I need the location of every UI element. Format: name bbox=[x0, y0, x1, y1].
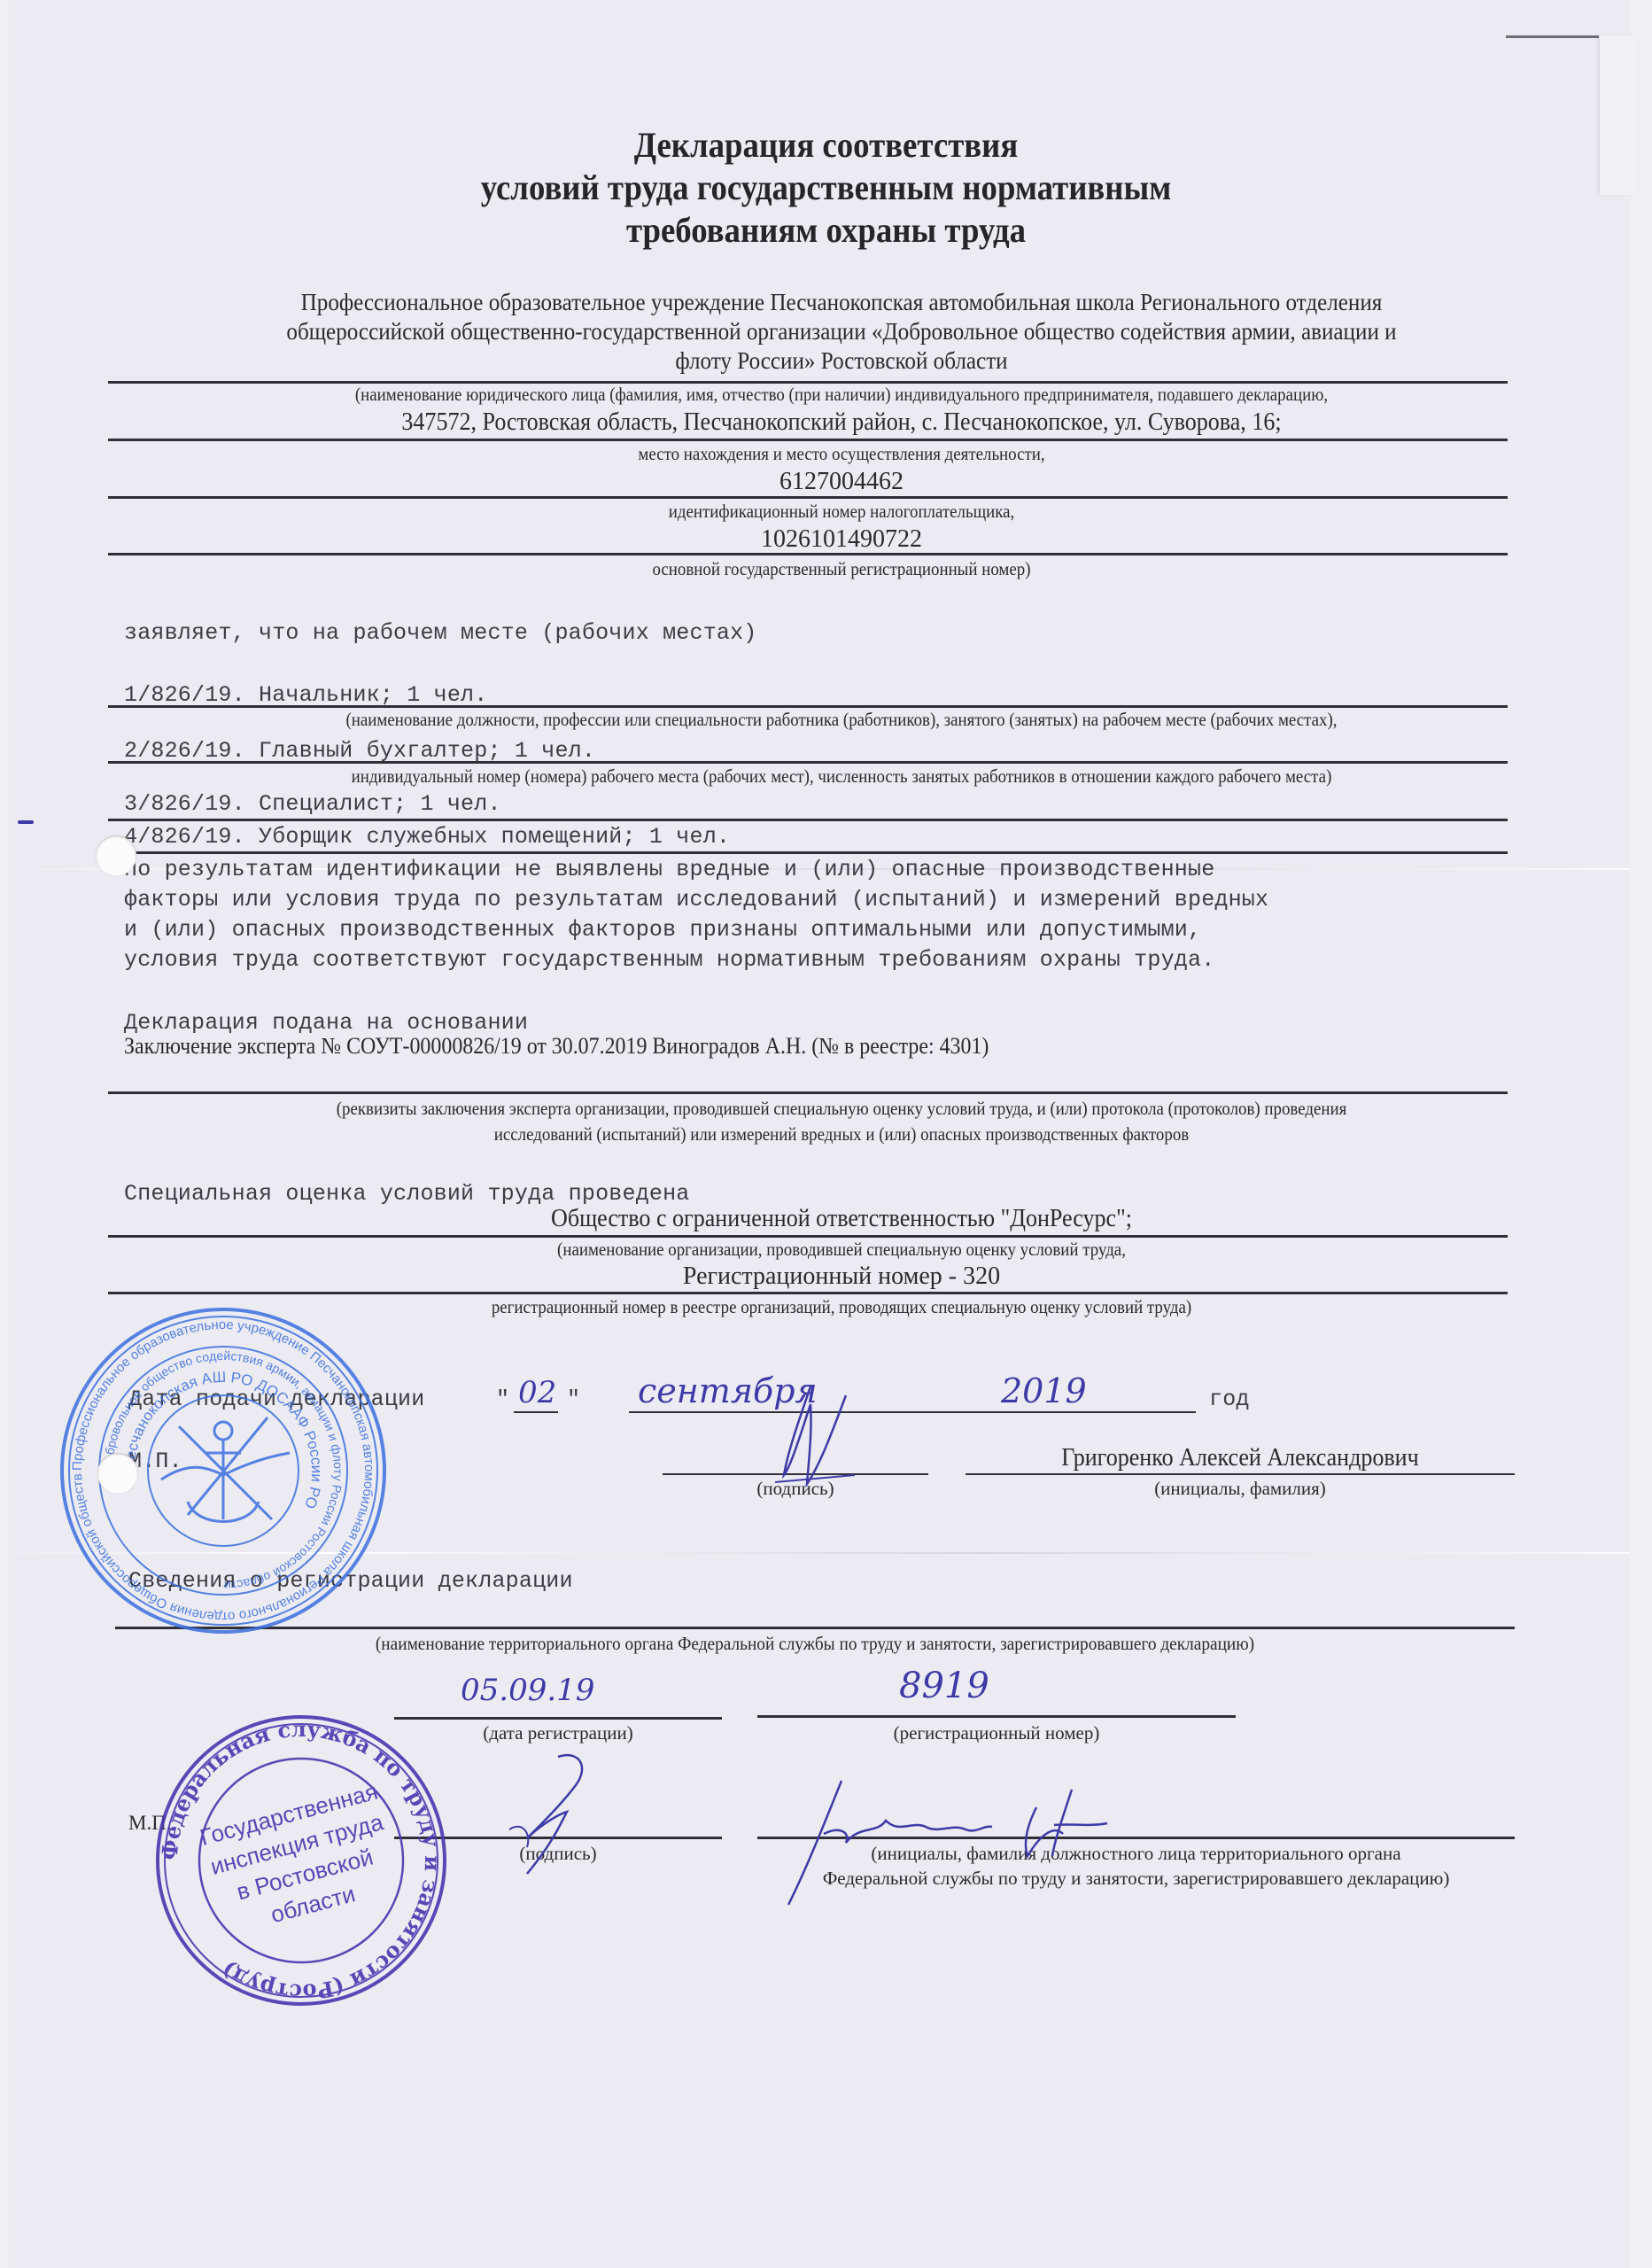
quote-close: " bbox=[567, 1386, 580, 1412]
registration-date: 05.09.19 bbox=[461, 1673, 594, 1708]
field-rule bbox=[108, 819, 1508, 821]
submission-year: 2019 bbox=[1001, 1371, 1087, 1410]
sout-label: Специальная оценка условий труда проведе… bbox=[124, 1181, 690, 1207]
sout-org-hint: (наименование организации, проводившей с… bbox=[164, 1239, 1519, 1261]
punch-hole bbox=[96, 835, 136, 876]
field-rule bbox=[514, 1411, 558, 1413]
field-rule bbox=[629, 1411, 1196, 1413]
field-rule bbox=[757, 1715, 1236, 1718]
title-line: требованиям охраны труда bbox=[66, 209, 1586, 252]
official-handwritten-name bbox=[771, 1772, 1267, 1914]
workplace-hint: (наименование должности, профессии или с… bbox=[164, 709, 1519, 731]
year-suffix: год bbox=[1209, 1386, 1250, 1412]
field-rule bbox=[108, 496, 1508, 499]
statement-line: факторы или условия труда по результатам… bbox=[124, 885, 1268, 915]
inspector-signature bbox=[474, 1750, 624, 1883]
workplace-item: 1/826/19. Начальник; 1 чел. bbox=[124, 682, 487, 708]
applicant-inn: 6127004462 bbox=[89, 468, 1594, 496]
workplace-hint: индивидуальный номер (номера) рабочего м… bbox=[164, 765, 1519, 788]
registration-number: 8919 bbox=[899, 1666, 989, 1706]
basis-hint-line: исследований (испытаний) или измерений в… bbox=[164, 1122, 1519, 1147]
signer-hint: (инициалы, фамилия) bbox=[966, 1478, 1515, 1500]
applicant-ogrn: 1026101490722 bbox=[89, 525, 1594, 554]
basis-value: Заключение эксперта № СОУТ-00000826/19 о… bbox=[124, 1033, 989, 1060]
punch-hole bbox=[97, 1453, 138, 1494]
title-line: условий труда государственным нормативны… bbox=[66, 167, 1586, 209]
statement-line: и (или) опасных производственных факторо… bbox=[124, 915, 1268, 945]
field-rule bbox=[108, 761, 1508, 764]
statement-line: условия труда соответствуют государствен… bbox=[124, 945, 1268, 975]
applicant-signature bbox=[748, 1378, 881, 1493]
applicant-name-line: общероссийской общественно-государственн… bbox=[142, 317, 1542, 346]
applicant-address: 347572, Ростовская область, Песчанокопск… bbox=[142, 408, 1542, 437]
signer-name: Григоренко Алексей Александрович bbox=[985, 1444, 1496, 1472]
statement-line: по результатам идентификации не выявлены… bbox=[124, 855, 1268, 885]
declares-intro: заявляет, что на рабочем месте (рабочих … bbox=[124, 620, 757, 646]
emblem-icon bbox=[161, 1417, 290, 1522]
pen-mark bbox=[18, 820, 34, 824]
field-rule bbox=[108, 1091, 1508, 1094]
sout-organization: Общество с ограниченной ответственностью… bbox=[142, 1205, 1542, 1233]
address-hint: место нахождения и место осуществления д… bbox=[164, 443, 1519, 465]
sout-registration-number: Регистрационный номер - 320 bbox=[89, 1262, 1594, 1291]
applicant-name-line: Профессиональное образовательное учрежде… bbox=[142, 288, 1542, 317]
folded-corner bbox=[1599, 35, 1635, 195]
basis-label: Декларация подана на основании bbox=[124, 1010, 528, 1036]
workplace-item: 2/826/19. Главный бухгалтер; 1 чел. bbox=[124, 738, 595, 764]
field-rule bbox=[108, 553, 1508, 555]
authority-stamp: Федеральная служба по труду и занятости … bbox=[146, 1714, 456, 2007]
applicant-name: Профессиональное образовательное учрежде… bbox=[142, 288, 1542, 376]
applicant-name-line: флоту России» Ростовской области bbox=[142, 346, 1542, 376]
submission-day: 02 bbox=[518, 1375, 556, 1410]
title-line: Декларация соответствия bbox=[66, 124, 1586, 167]
workplace-item: 4/826/19. Уборщик служебных помещений; 1… bbox=[124, 824, 730, 850]
quote-open: " bbox=[496, 1386, 509, 1412]
applicant-name-hint: (наименование юридического лица (фамилия… bbox=[164, 384, 1519, 406]
inn-hint: идентификационный номер налогоплательщик… bbox=[164, 501, 1519, 523]
ogrn-hint: основной государственный регистрационный… bbox=[164, 558, 1519, 580]
signer-rule bbox=[966, 1473, 1515, 1475]
field-rule bbox=[108, 705, 1508, 708]
field-rule bbox=[108, 1292, 1508, 1294]
conformity-statement: по результатам идентификации не выявлены… bbox=[124, 855, 1268, 975]
workplace-item: 3/826/19. Специалист; 1 чел. bbox=[124, 791, 501, 817]
basis-hint-line: (реквизиты заключения эксперта организац… bbox=[164, 1096, 1519, 1122]
document-title: Декларация соответствия условий труда го… bbox=[66, 124, 1586, 252]
registration-number-hint: (регистрационный номер) bbox=[757, 1722, 1236, 1744]
basis-hint: (реквизиты заключения эксперта организац… bbox=[164, 1096, 1519, 1147]
field-rule bbox=[108, 1235, 1508, 1238]
field-rule bbox=[108, 439, 1508, 441]
field-rule bbox=[108, 851, 1508, 854]
